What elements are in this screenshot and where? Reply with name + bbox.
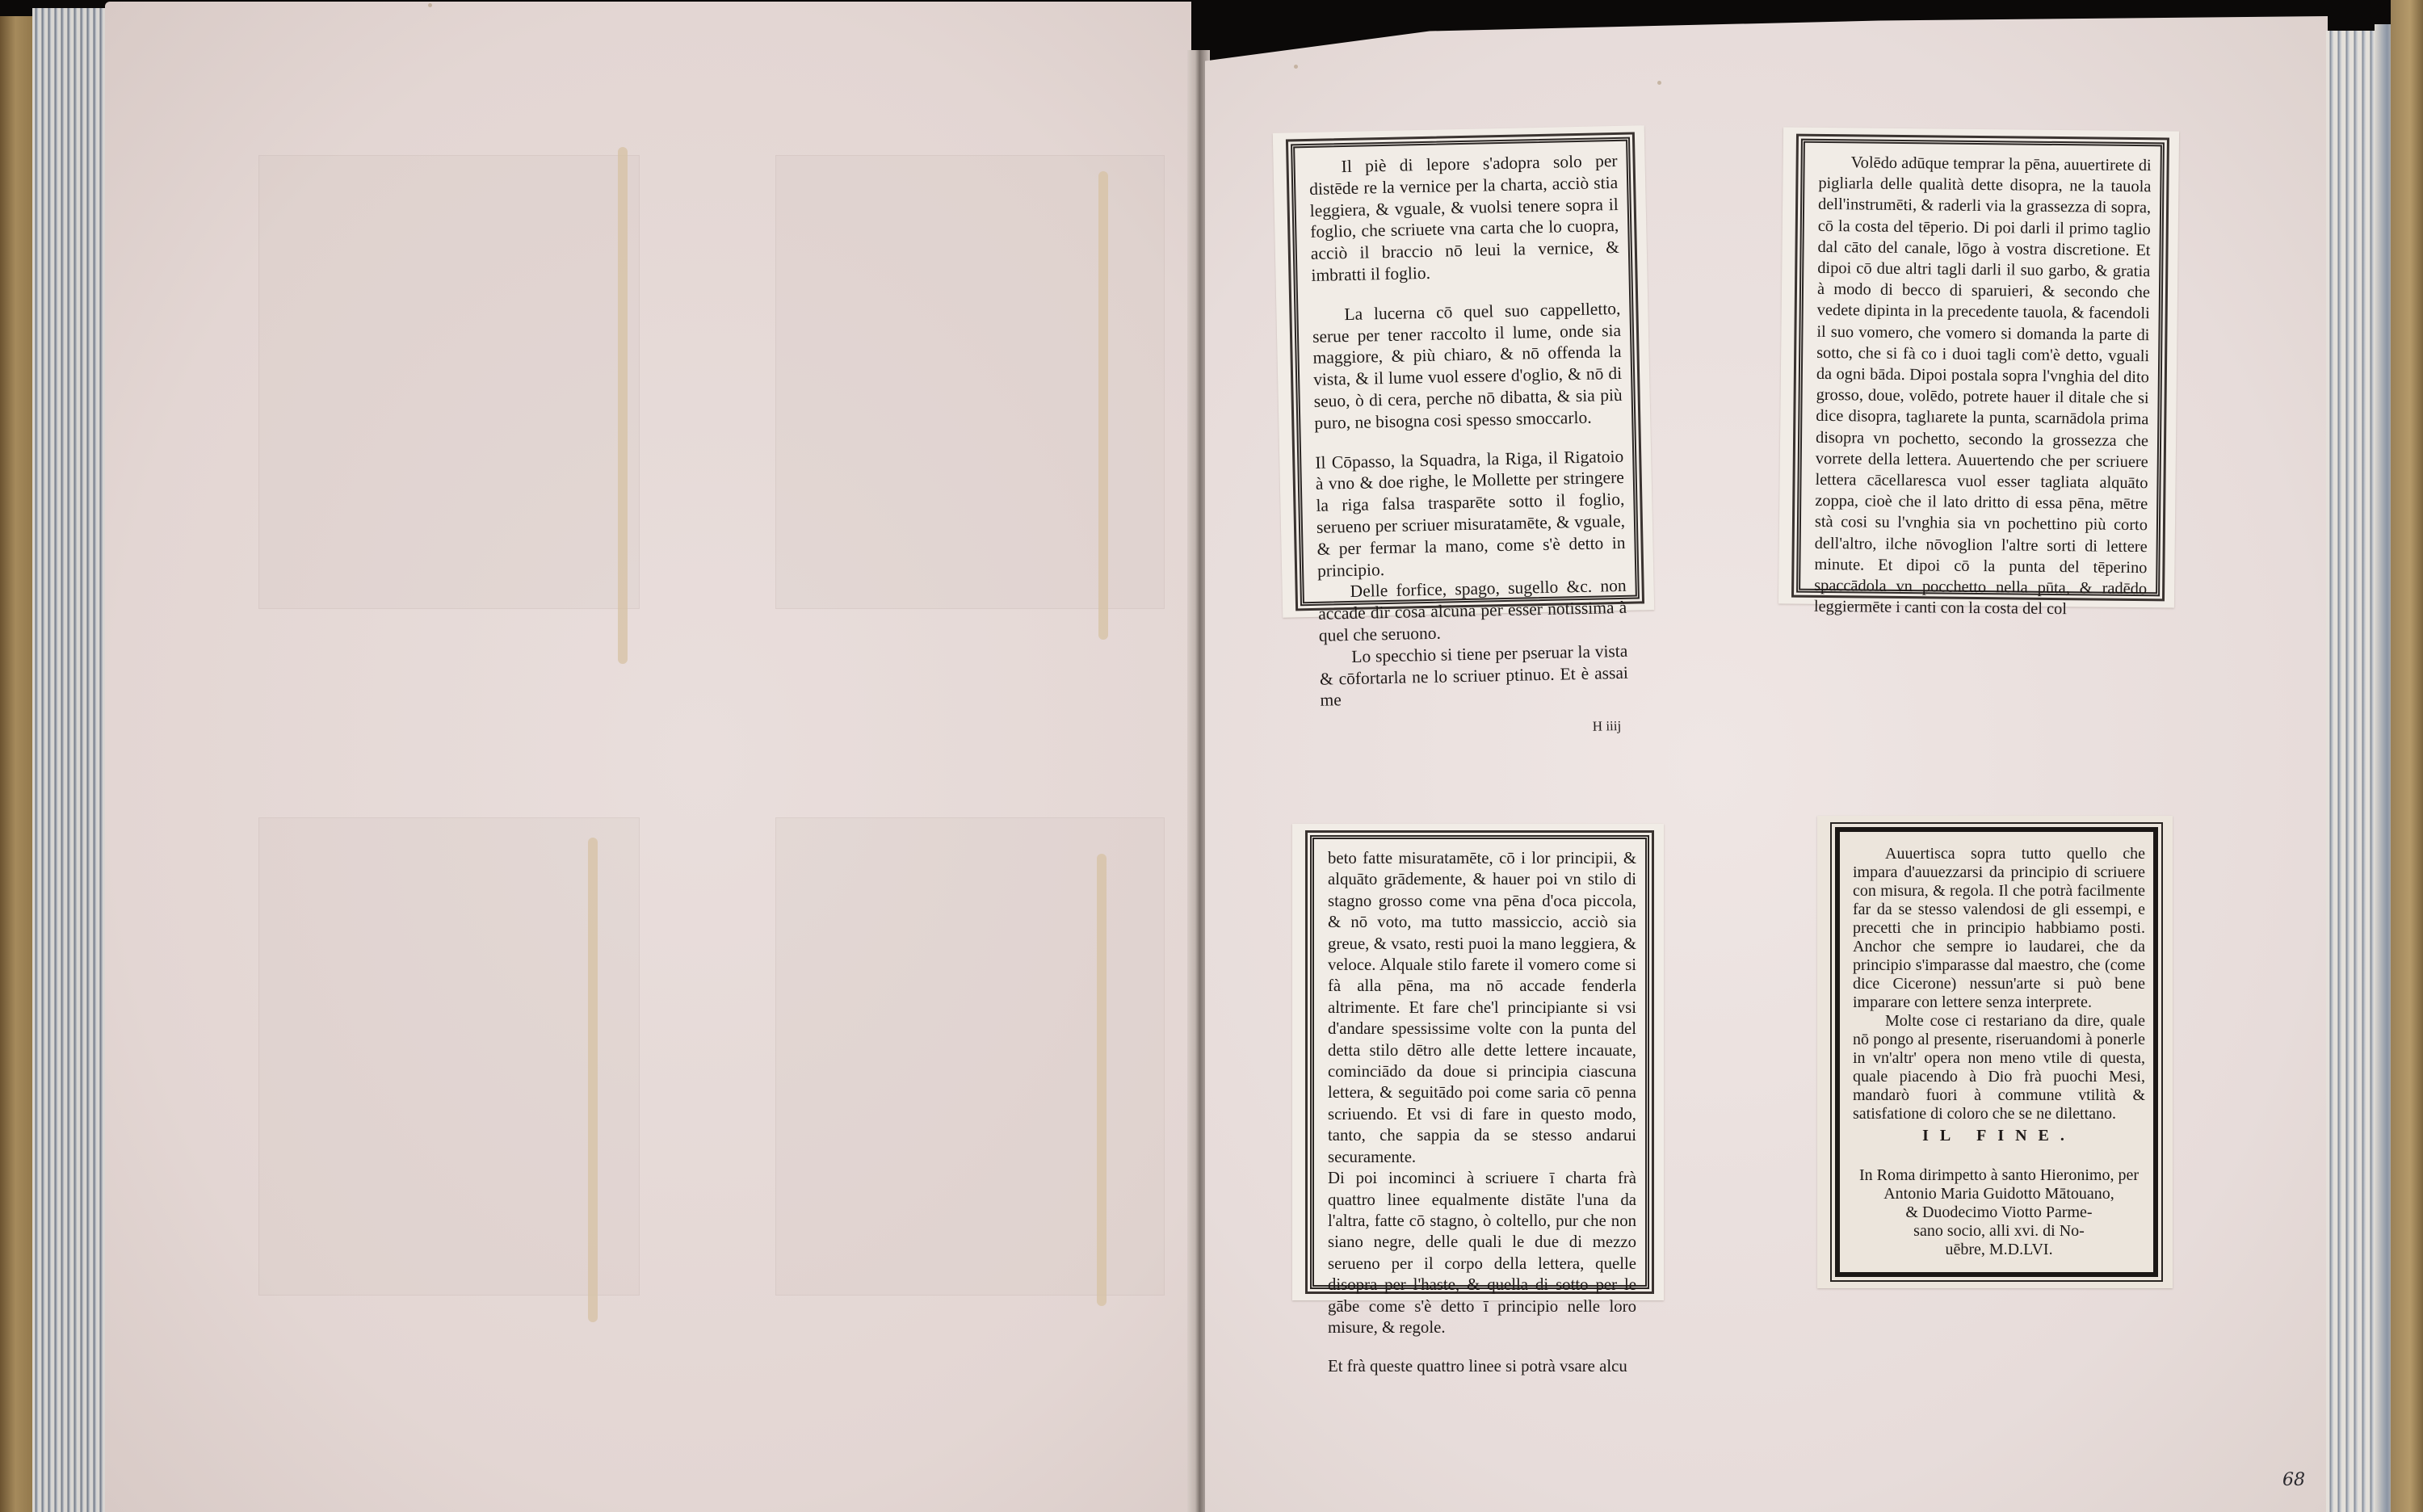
- right-page-edges: [2326, 31, 2375, 1512]
- right-cover-binding: [2391, 0, 2423, 1512]
- signature-mark: H iiij: [1321, 719, 1621, 740]
- leaf-text: Il piè di lepore s'adopra solo per distē…: [1308, 150, 1629, 754]
- glue-stain: [1098, 171, 1108, 640]
- left-page-edges: [32, 8, 109, 1512]
- leaf-text: beto fatte misuratamēte, cō i lor princi…: [1328, 848, 1636, 1378]
- glue-stain: [618, 147, 628, 664]
- paragraph: Di poi incominci à scriuere ī charta frà…: [1328, 1168, 1636, 1338]
- paragraph: Volēdo adūque temprar la pēna, auuertire…: [1814, 152, 2152, 621]
- page-number: 68: [2282, 1470, 2305, 1490]
- foxing-spot: [428, 3, 432, 7]
- paragraph: Molte cose ci restariano da dire, quale …: [1853, 1012, 2145, 1123]
- paragraph: Et frà queste quattro linee si potrà vsa…: [1328, 1356, 1636, 1377]
- pasted-leaf-top-left: Il piè di lepore s'adopra solo per distē…: [1273, 125, 1654, 618]
- pasted-leaf-bottom-left: beto fatte misuratamēte, cō i lor princi…: [1292, 824, 1664, 1300]
- glue-stain: [588, 838, 598, 1322]
- left-page-blank: [105, 2, 1191, 1512]
- show-through-block: [258, 817, 640, 1296]
- paragraph: Auuertisca sopra tutto quello che impara…: [1853, 845, 2145, 1012]
- colophon-line: sano socio, alli xvi. di No-: [1853, 1222, 2145, 1241]
- paragraph: La lucerna cō quel suo cappelletto, seru…: [1312, 298, 1623, 435]
- pasted-leaf-bottom-right: Auuertisca sopra tutto quello che impara…: [1817, 816, 2173, 1288]
- colophon-line: & Duodecimo Viotto Parme-: [1853, 1203, 2145, 1222]
- paragraph: beto fatte misuratamēte, cō i lor princi…: [1328, 848, 1636, 1168]
- show-through-block: [258, 155, 640, 609]
- foxing-spot: [1657, 81, 1661, 85]
- colophon-line: uēbre, M.D.LVI.: [1853, 1241, 2145, 1259]
- paragraph: Delle forfice, spago, sugello &c. non ac…: [1317, 575, 1627, 646]
- pasted-leaf-top-right: Volēdo adūque temprar la pēna, auuertire…: [1778, 127, 2179, 607]
- open-book: Il piè di lepore s'adopra solo per distē…: [0, 0, 2423, 1512]
- closing-title: IL FINE.: [1853, 1127, 2145, 1145]
- leaf-text: Auuertisca sopra tutto quello che impara…: [1853, 845, 2145, 1259]
- glue-stain: [1097, 854, 1107, 1306]
- colophon-line: Antonio Maria Guidotto Mātouano,: [1853, 1185, 2145, 1203]
- paragraph: Il Cōpasso, la Squadra, la Riga, il Riga…: [1315, 445, 1626, 582]
- leaf-text: Volēdo adūque temprar la pēna, auuertire…: [1814, 152, 2152, 621]
- paragraph: Lo specchio si tiene per pseruar la vist…: [1319, 640, 1629, 712]
- foxing-spot: [1294, 65, 1298, 69]
- paragraph: Il piè di lepore s'adopra solo per distē…: [1308, 150, 1619, 287]
- colophon-line: In Roma dirimpetto à santo Hieronimo, pe…: [1853, 1166, 2145, 1185]
